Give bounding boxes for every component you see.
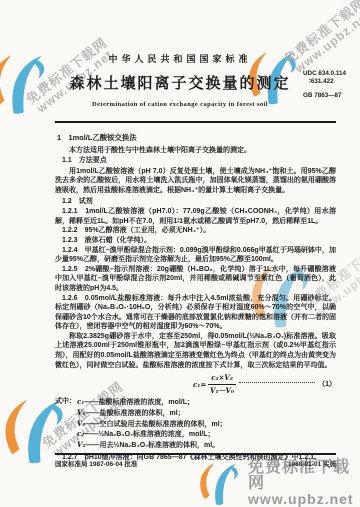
standard-codes: UDC 634.0.114 ∶631.422 GB 7863—87 — [303, 70, 360, 100]
formula-lhs: c₁= — [193, 380, 206, 390]
watermark-site-url: www.upbz.net — [248, 492, 360, 506]
definition-row: 式中： c₂——½Na₂B₄O₇标准溶液的浓度，mol/L； — [55, 429, 336, 440]
footer: 国家标准局 1987-06-04 批准 1988-01-01 实施 — [55, 459, 336, 468]
formula-fraction: c₂×V₂ V₁－V₀ — [208, 373, 236, 395]
definition-row: 式中： V₂——用去½Na₂B₄O₇标准溶液的体积，ml。 — [55, 440, 336, 451]
scope-paragraph: 本方法适用于酸性与中性森林土壤中阳离子交换量的测定。 — [55, 146, 336, 156]
section-1-heading: 1 1mol/L乙酸铵交换法 — [57, 133, 336, 143]
definition-row: 式中： V₁——盐酸标准溶液的体积，ml； — [55, 408, 336, 419]
watermark-text: 免费标准下载网 www.upbz.net — [282, 0, 360, 77]
definition-row: 式中： c₁——盐酸标准溶液的浓度，mol/L； — [55, 397, 336, 408]
formula-denominator: V₁－V₀ — [210, 385, 234, 396]
reagent-1-2-4: 1.2.4 甲基红–溴甲酚绿混合指示剂：0.099g溴甲酚绿和0.066g甲基红… — [55, 246, 336, 265]
standard-document-page: 免费标准下载网 www.upbz.net 免费标准下载网 www.upbz.ne… — [0, 0, 360, 507]
formula-number: （1） — [318, 380, 336, 390]
approval-date: 国家标准局 1987-06-04 批准 — [55, 459, 137, 468]
definition-row: 式中： V₀——空白试验用去盐酸标准溶液的体积，ml； — [55, 419, 336, 430]
where-label: 式中： — [55, 397, 77, 408]
udc-code-line2: ∶631.422 — [303, 78, 360, 86]
section-1-1-heading: 1.1 方法要点 — [62, 156, 336, 166]
implementation-date: 1988-01-01 实施 — [288, 459, 336, 468]
section-1-2-heading: 1.2 试剂 — [62, 197, 336, 207]
standard-number: GB 7863—87 — [303, 92, 360, 100]
document-body: 1 1mol/L乙酸铵交换法 本方法适用于酸性与中性森林土壤中阳离子交换量的测定… — [55, 131, 336, 463]
reagent-1-2-1: 1.2.1 1mol/L乙酸铵溶液（pH7.0）：77.09g乙酸铵（CH₃CO… — [55, 207, 336, 226]
reagent-1-2-3: 1.2.3 液体石蜡（化学纯）。 — [55, 236, 336, 246]
country-standard-line: 中华人民共和国国家标准 — [0, 52, 360, 65]
formula-symbol-definitions: 式中： c₁——盐酸标准溶液的浓度，mol/L； 式中： V₁——盐酸标准溶液的… — [55, 397, 336, 450]
document-title-english: Determination of cation exchange capacit… — [0, 101, 360, 108]
method-summary-paragraph: 用1mol/L乙酸铵溶液（pH 7.0）反复处理土壤，使土壤成为NH₄⁺饱和土。… — [55, 167, 336, 196]
reagent-1-2-6: 1.2.6 0.05mol/L盐酸标准溶液：每升水中注入4.5ml浓盐酸，充分混… — [55, 294, 336, 332]
reagent-1-2-5: 1.2.5 2%硼酸–指示剂溶液：20g硼酸（H₃BO₃，化学纯）溶于1L水中，… — [55, 265, 336, 294]
formula-numerator: c₂×V₂ — [208, 373, 236, 385]
hcl-concentration-formula: c₁= c₂×V₂ V₁－V₀ — [193, 373, 236, 395]
reagent-1-2-2: 1.2.2 95%乙醇溶液（工业用，必须无NH₄⁺）。 — [55, 226, 336, 236]
footer-rule — [55, 453, 336, 455]
equation-1: c₁= c₂×V₂ V₁－V₀ （1） — [55, 373, 336, 395]
formula-dot-leader — [239, 382, 315, 383]
udc-code-line1: UDC 634.0.114 — [303, 70, 360, 78]
header-rule — [55, 121, 336, 123]
borax-standardization-paragraph: 称取2.3825g硼砂溶于水中，定容至250ml，得0.05mol/L(½Na₂… — [55, 332, 336, 370]
